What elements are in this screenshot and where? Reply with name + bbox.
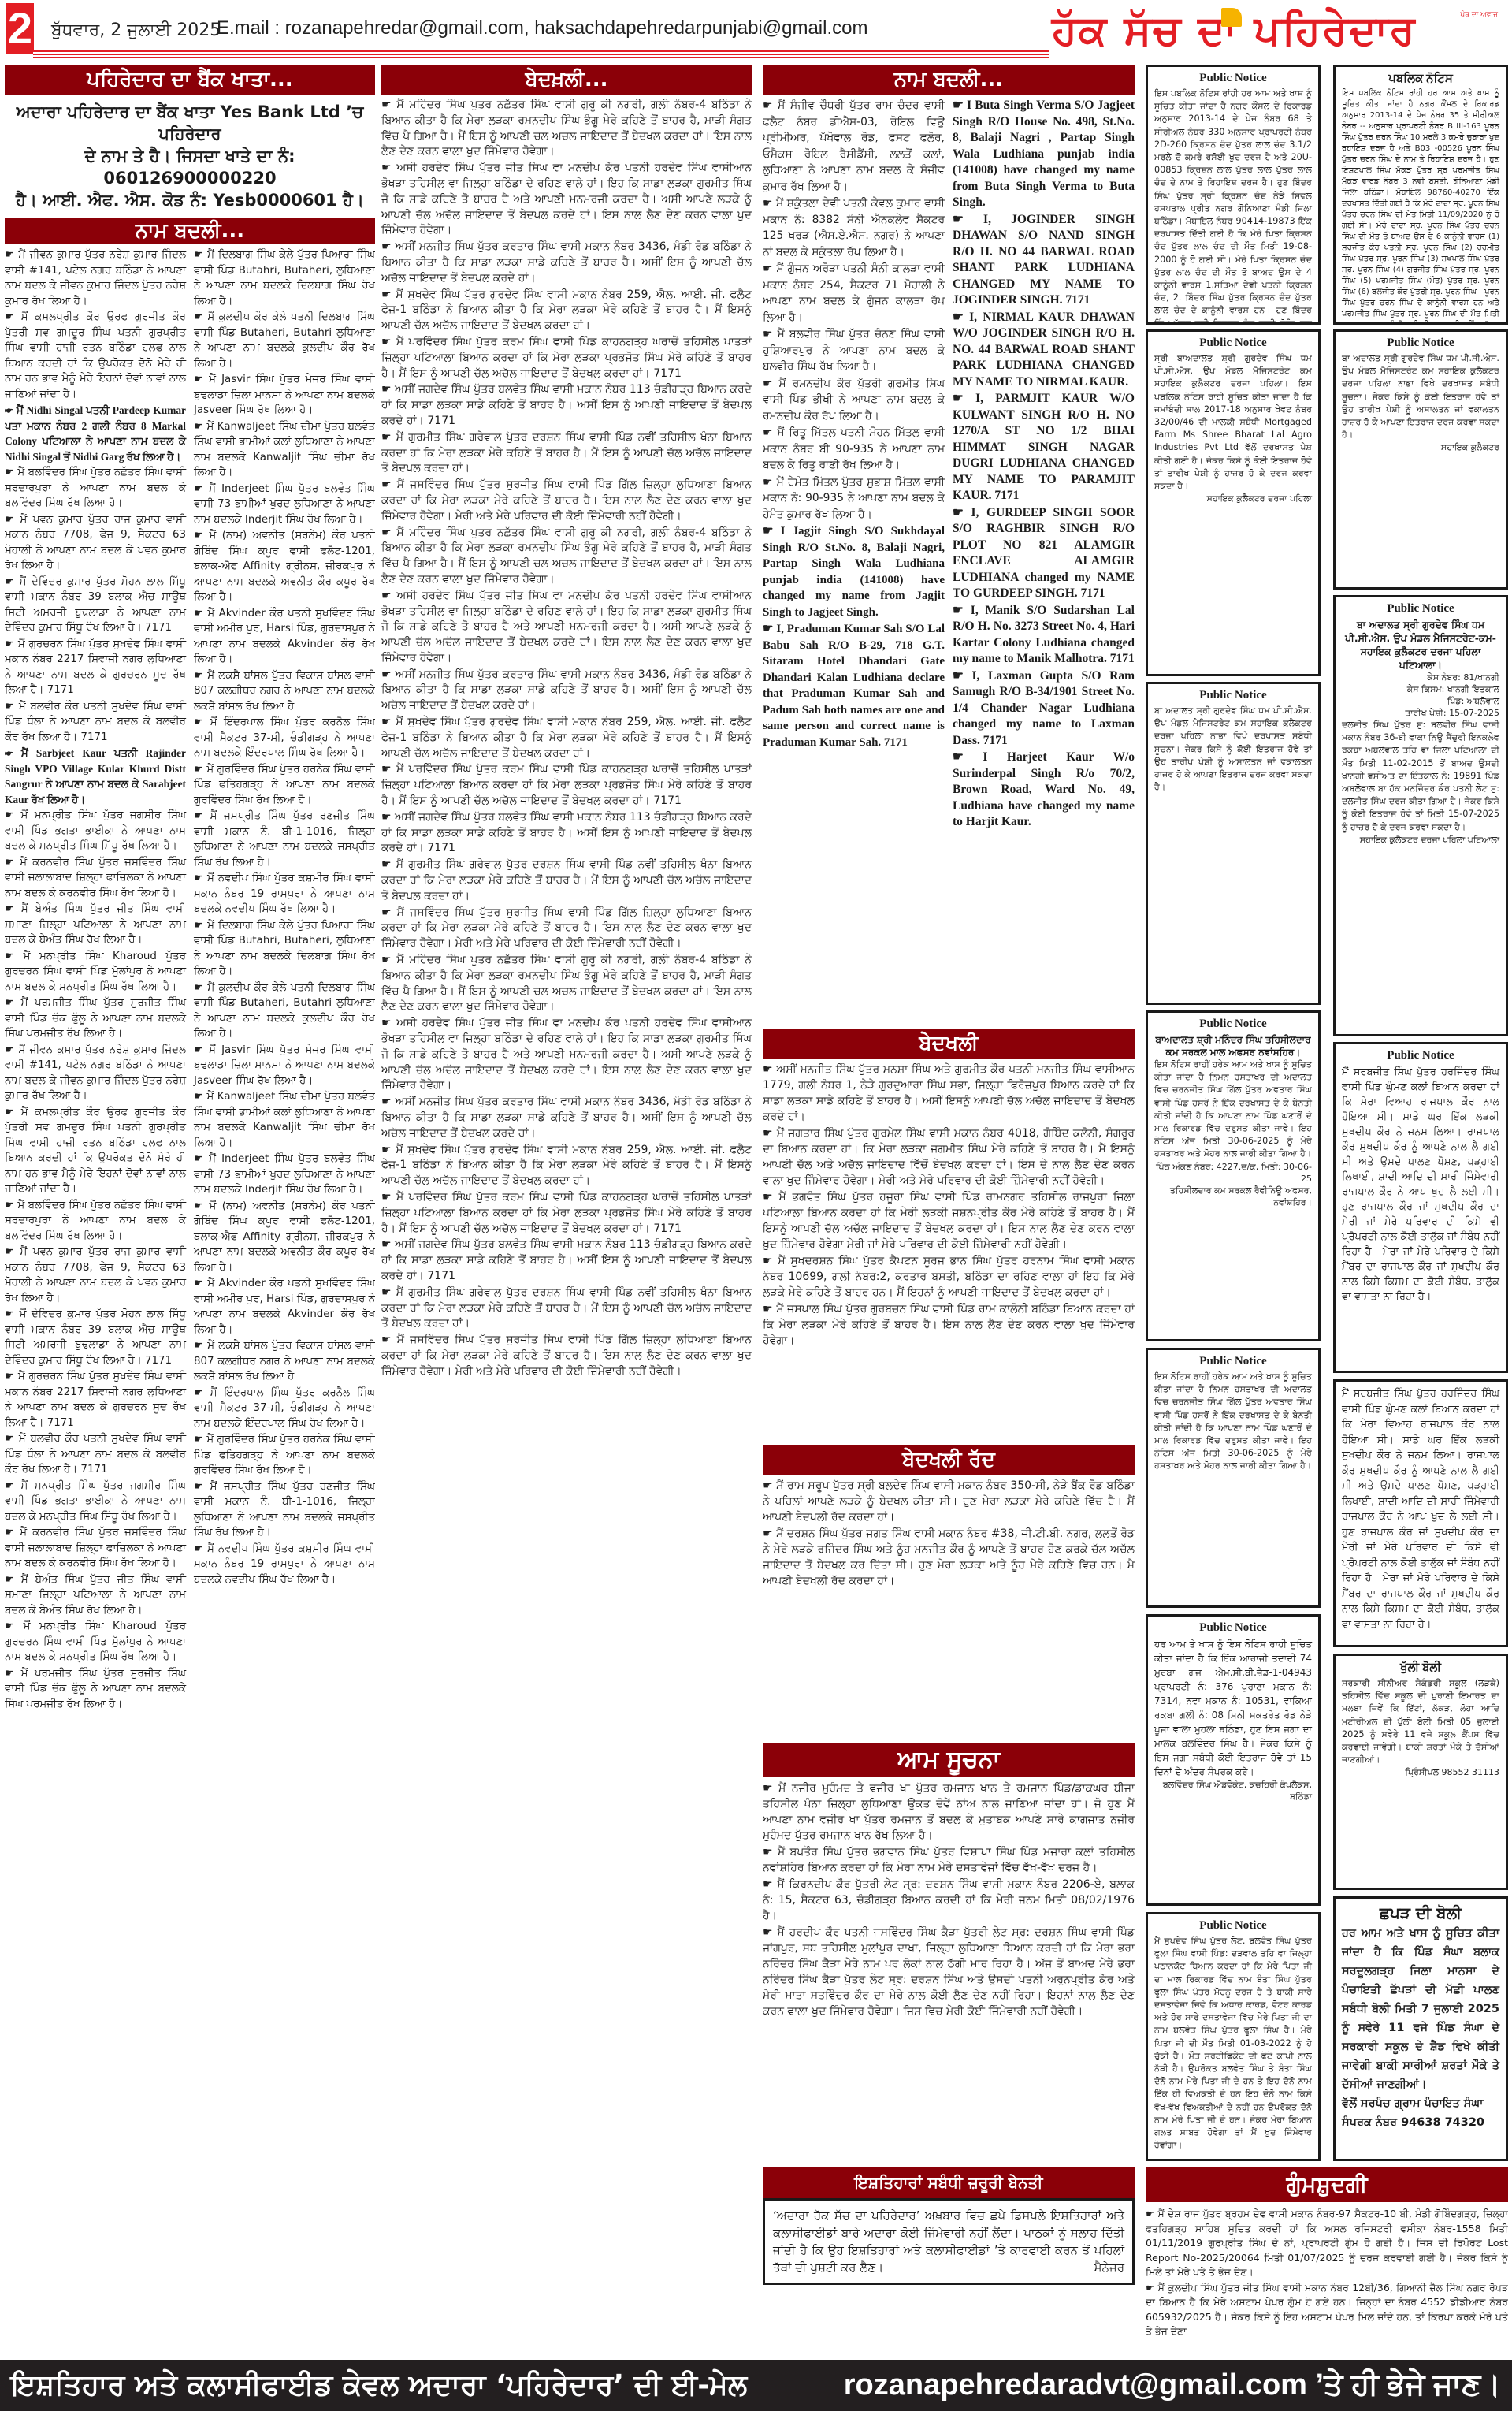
list-item: ਮੈਂ ਸ਼ਕੁੰਤਲਾ ਦੇਵੀ ਪਤਨੀ ਕੇਵਲ ਕੁਮਾਰ ਵਾਸੀ ਮ… bbox=[763, 195, 945, 260]
list-item: I, PARMJIT KAUR W/O KULWANT SINGH R/O H.… bbox=[953, 391, 1135, 504]
list-item: ਮੈਂ ਪਰਮਜੀਤ ਸਿੰਘ ਪੁੱਤਰ ਸੁਰਜੀਤ ਸਿੰਘ ਵਾਸੀ ਪ… bbox=[5, 995, 186, 1042]
list-item: ਮੈਂ ਜੀਵਨ ਕੁਮਾਰ ਪੁੱਤਰ ਨਰੇਸ਼ ਕੁਮਾਰ ਜਿੰਦਲ ਵ… bbox=[5, 247, 186, 309]
list-item: ਮੈਂ ਲਕਸ਼ੈ ਬਾਂਸਲ ਪੁੱਤਰ ਵਿਕਾਸ ਬਾਂਸਲ ਵਾਸੀ 8… bbox=[194, 668, 375, 715]
masthead: 2 ਬੁੱਧਵਾਰ, 2 ਜੁਲਾਈ 2025 E.mail : rozanap… bbox=[0, 0, 1512, 63]
list-item: ਮੈਂ ਰਿਤੂ ਮਿੱਤਲ ਪਤਨੀ ਮੋਹਨ ਮਿੱਤਲ ਵਾਸੀ ਮਕਾਨ… bbox=[763, 425, 945, 474]
list-item: ਮੈਂ ਪਰਮਜੀਤ ਸਿੰਘ ਪੁੱਤਰ ਸੁਰਜੀਤ ਸਿੰਘ ਵਾਸੀ ਪ… bbox=[5, 1666, 186, 1713]
list-item: ਮੈਂ ਪਰਵਿੰਦਰ ਸਿੰਘ ਪੁੱਤਰ ਕਰਮ ਸਿੰਘ ਵਾਸੀ ਪਿੰ… bbox=[381, 762, 752, 809]
list-item: ਮੈਂ ਬਲਵੀਰ ਸਿੰਘ ਪੁੱਤਰ ਚੰਨਣ ਸਿੰਘ ਵਾਸੀ ਹੁਸ਼… bbox=[763, 326, 945, 375]
notice-title: Public Notice bbox=[1154, 689, 1312, 702]
list-item: ਅਸੀ ਹਰਦੇਵ ਸਿੰਘ ਪੁੱਤਰ ਜੀਤ ਸਿੰਘ ਵਾ ਮਨਦੀਪ ਕ… bbox=[381, 589, 752, 667]
hearing-date: ਤਾਰੀਖ ਪੇਸ਼ੀ: 15-07-2025 bbox=[1342, 707, 1499, 719]
ad-request-body: ‘ਅਦਾਰਾ ਹੱਕ ਸੱਚ ਦਾ ਪਹਿਰੇਦਾਰ’ ਅਖ਼ਬਾਰ ਵਿਚ ਛ… bbox=[773, 2208, 1124, 2275]
section-title-name-change-2: ਨਾਮ ਬਦਲੀ... bbox=[763, 65, 1135, 95]
list-item: I, NIRMAL KAUR DHAWAN W/O JOGINDER SINGH… bbox=[953, 310, 1135, 391]
eviction-list: ਮੈਂ ਮਹਿੰਦਰ ਸਿੰਘ ਪੁਤਰ ਨਛੱਤਰ ਸਿੰਘ ਵਾਸੀ ਗੁਰ… bbox=[381, 98, 752, 2352]
list-item: ਮੈਂ ਬੇਅੰਤ ਸਿੰਘ ਪੁੱਤਰ ਜੀਤ ਸਿੰਘ ਵਾਸੀ ਸਮਾਣਾ… bbox=[5, 1572, 186, 1619]
case-type: ਕੇਸ ਕਿਸਮ: ਖਾਨਗੀ ਇਤਕਾਲ bbox=[1342, 683, 1499, 695]
name-change-2-col-2: I Buta Singh Verma S/O Jagjeet Singh R/O… bbox=[953, 98, 1135, 1024]
list-item: ਮੈਂ ਪਰਵਿੰਦਰ ਸਿੰਘ ਪੁੱਤਰ ਕਰਮ ਸਿੰਘ ਵਾਸੀ ਪਿੰ… bbox=[381, 335, 752, 381]
notice-title: ਖੁੱਲੀ ਬੋਲੀ bbox=[1342, 1661, 1499, 1675]
list-item: ਮੈਂ ਮਨਪ੍ਰੀਤ ਸਿੰਘ ਪੁੱਤਰ ਜਗਸੀਰ ਸਿੰਘ ਵਾਸੀ ਪ… bbox=[5, 808, 186, 854]
list-item: ਅਸੀਂ ਜਗਦੇਵ ਸਿੰਘ ਪੁੱਤਰ ਬਲਵੰਤ ਸਿੰਘ ਵਾਸੀ ਮਕ… bbox=[381, 382, 752, 429]
notice-title: Public Notice bbox=[1154, 337, 1312, 350]
section-title-name-change: ਨਾਮ ਬਦਲੀ... bbox=[5, 218, 375, 244]
list-item: ਮੈਂ ਬੇਅੰਤ ਸਿੰਘ ਪੁੱਤਰ ਜੀਤ ਸਿੰਘ ਵਾਸੀ ਸਮਾਣਾ… bbox=[5, 902, 186, 948]
list-item: ਮੈਂ ਨਵਦੀਪ ਸਿੰਘ ਪੁੱਤਰ ਕਸ਼ਮੀਰ ਸਿੰਘ ਵਾਸੀ ਮਕ… bbox=[194, 1542, 375, 1588]
list-item: ਮੈਂ Jasvir ਸਿੰਘ ਪੁੱਤਰ ਮੇਜਰ ਸਿੰਘ ਵਾਸੀ ਬੁਢ… bbox=[194, 372, 375, 419]
list-item: ਮੈਂ ਬਲਵਿੰਦਰ ਸਿੰਘ ਪੁੱਤਰ ਨਛੱਤਰ ਸਿੰਘ ਵਾਸੀ ਸ… bbox=[5, 1198, 186, 1245]
notice-body: ਇਸ ਨੋਟਿਸ ਰਾਹੀਂ ਹਰੇਕ ਆਮ ਅਤੇ ਖਾਸ ਨੂੰ ਸੂਚਿਤ… bbox=[1154, 1059, 1312, 1161]
list-item: ਮੈਂ ਪਰਵਿੰਦਰ ਸਿੰਘ ਪੁੱਤਰ ਕਰਮ ਸਿੰਘ ਵਾਸੀ ਪਿੰ… bbox=[381, 1190, 752, 1237]
name-change-col-1: ਮੈਂ ਜੀਵਨ ਕੁਮਾਰ ਪੁੱਤਰ ਨਰੇਸ਼ ਕੁਮਾਰ ਜਿੰਦਲ ਵ… bbox=[5, 247, 186, 2328]
public-notice-6: Public Notice ਬਾ ਅਦਾਲਤ ਸ੍ਰੀ ਗੁਰਦੇਵ ਸਿੰਘ … bbox=[1333, 595, 1508, 1036]
list-item: I Buta Singh Verma S/O Jagjeet Singh R/O… bbox=[953, 98, 1135, 211]
list-item: ਮੈਂ ਕੁਲਦੀਪ ਕੌਰ ਕੇਲੇ ਪਤਨੀ ਦਿਲਬਾਗ ਸਿੰਘ ਵਾਸ… bbox=[194, 310, 375, 371]
eviction-cancel-list: ਮੈਂ ਰਾਮ ਸਰੂਪ ਪੁੱਤਰ ਸ੍ਰੀ ਬਲਦੇਵ ਸਿੰਘ ਵਾਸੀ … bbox=[763, 1478, 1135, 1738]
list-item: ਮੈਂ (ਨਾਮ) ਅਵਨੀਤ (ਸਰਨੇਮ) ਕੌਰ ਪਤਨੀ ਗੋਬਿੰਦ … bbox=[194, 1199, 375, 1276]
list-item: ਮੈਂ ਭਗਵੰਤ ਸਿੰਘ ਪੁੱਤਰ ਹਜੂਰਾ ਸਿੰਘ ਵਾਸੀ ਪਿੰ… bbox=[763, 1189, 1135, 1252]
list-item: ਮੈਂ ਲਕਸ਼ੈ ਬਾਂਸਲ ਪੁੱਤਰ ਵਿਕਾਸ ਬਾਂਸਲ ਵਾਸੀ 8… bbox=[194, 1338, 375, 1385]
list-item: ਮੈਂ ਗੁਰਮੀਤ ਸਿੰਘ ਗਰੇਵਾਲ ਪੁੱਤਰ ਦਰਸ਼ਨ ਸਿੰਘ … bbox=[381, 430, 752, 477]
public-notice-7: Public Notice ਮੈਂ ਸਰਬਜੀਤ ਸਿੰਘ ਪੁੱਤਰ ਹਰਜਿ… bbox=[1333, 1042, 1508, 1373]
list-item: ਮੈਂ ਰਮਨਦੀਪ ਕੌਰ ਪੁੱਤਰੀ ਗੁਰਮੀਤ ਸਿੰਘ ਵਾਸੀ ਪ… bbox=[763, 376, 945, 425]
column-name-change-right: ਨਾਮ ਬਦਲੀ... ਮੈਂ ਸੰਜੀਵ ਚੌਧਰੀ ਪੁੱਤਰ ਰਾਮ ਚੰ… bbox=[763, 65, 1135, 2285]
notice-signature: ਤਹਿਸੀਲਦਾਰ ਕਮ ਸਰਕਲ ਰੈਵੀਨਿਊ ਅਫਸਰ, ਨਵਾਂਸ਼ਹਿ… bbox=[1154, 1185, 1312, 1208]
notice-title: Public Notice bbox=[1154, 1919, 1312, 1933]
public-notice-3: Public Notice ਸ਼੍ਰੀ ਬਾਅਦਾਲਤ ਸ਼੍ਰੀ ਗੁਰਦੇਵ… bbox=[1146, 329, 1321, 676]
notice-body: ਹਰ ਆਮ ਤੇ ਖਾਸ ਨੂੰ ਇਸ ਨੋਟਿਸ ਰਾਹੀ ਸੂਚਿਤ ਕੀਤ… bbox=[1154, 1637, 1312, 1779]
bank-line-3: ਹੈ। ਆਈ. ਐਫ. ਐਸ. ਕੋਡ ਨੰ: Yesb0000601 ਹੈ। bbox=[9, 189, 370, 211]
list-item: ਮੈਂ ਸੁਖਦੇਵ ਸਿੰਘ ਪੁੱਤਰ ਗੁਰਦੇਵ ਸਿੰਘ ਵਾਸੀ ਮ… bbox=[381, 1143, 752, 1189]
list-item: ਅਸੀਂ ਜਗਦੇਵ ਸਿੰਘ ਪੁੱਤਰ ਬਲਵੰਤ ਸਿੰਘ ਵਾਸੀ ਮਕ… bbox=[381, 810, 752, 857]
list-item: ਅਸੀਂ ਮਨਜੀਤ ਸਿੰਘ ਪੁੱਤਰ ਕਰਤਾਰ ਸਿੰਘ ਵਾਸੀ ਮਕ… bbox=[381, 240, 752, 286]
list-item: ਮੈਂ ਮਨਪ੍ਰੀਤ ਸਿੰਘ ਪੁੱਤਰ ਜਗਸੀਰ ਸਿੰਘ ਵਾਸੀ ਪ… bbox=[5, 1479, 186, 1525]
newspaper-logo: ਹੱਕ ਸੱਚ ਦਾ ਪਹਿਰੇਦਾਰ ਪੰਥ ਦਾ ਅਵਾਜ਼ bbox=[1052, 3, 1509, 58]
notice-title: Public Notice bbox=[1342, 1049, 1499, 1062]
name-change-columns: ਮੈਂ ਜੀਵਨ ਕੁਮਾਰ ਪੁੱਤਰ ਨਰੇਸ਼ ਕੁਮਾਰ ਜਿੰਦਲ ਵ… bbox=[5, 247, 375, 2328]
ad-request-box: ‘ਅਦਾਰਾ ਹੱਕ ਸੱਚ ਦਾ ਪਹਿਰੇਦਾਰ’ ਅਖ਼ਬਾਰ ਵਿਚ ਛ… bbox=[763, 2198, 1135, 2285]
list-item: ਮੈਂ ਸੁਖਦੇਵ ਸਿੰਘ ਪੁੱਤਰ ਗੁਰਦੇਵ ਸਿੰਘ ਵਾਸੀ ਮ… bbox=[381, 715, 752, 761]
general-notice-list: ਮੈਂ ਨਜੀਰ ਮੁਹੰਮਦ ਤੇ ਵਜੀਰ ਖਾ ਪੁੱਤਰ ਰਮਜਾਨ ਖ… bbox=[763, 1780, 1135, 2162]
notice-signature: ਸਹਾਇਕ ਕੁਲੈਕਟਰ ਦਰਜਾ ਪਹਿਲਾ bbox=[1154, 493, 1312, 504]
list-item: ਮੈਂ ਗੁਰਮੀਤ ਸਿੰਘ ਗਰੇਵਾਲ ਪੁੱਤਰ ਦਰਸ਼ਨ ਸਿੰਘ … bbox=[381, 858, 752, 904]
notice-body: ਇਸ ਪਬਲਿਕ ਨੋਟਿਸ ਰਾਂਹੀ ਹਰ ਆਮ ਅਤੇ ਖਾਸ ਨੂੰ ਸ… bbox=[1342, 88, 1499, 325]
list-item: ਮੈਂ ਜਸਪ੍ਰੀਤ ਸਿੰਘ ਪੁੱਤਰ ਰਣਜੀਤ ਸਿੰਘ ਵਾਸੀ ਮ… bbox=[194, 809, 375, 870]
list-item: ਮੈਂ Kanwaljeet ਸਿੰਘ ਚੀਮਾ ਪੁੱਤਰ ਬਲਵੰਤ ਸਿੰ… bbox=[194, 1089, 375, 1151]
section-title-missing: ਗੁੰਮਸ਼ੁਦਗੀ bbox=[1146, 2167, 1508, 2202]
ad-request-signature: ਮੈਨੇਜਰ bbox=[1094, 2259, 1124, 2276]
notice-title: Public Notice bbox=[1342, 602, 1499, 616]
list-item: I Jagjit Singh S/O Sukhdayal Singh R/O S… bbox=[763, 523, 945, 620]
notice-contact: ਸੰਪਰਕ ਨੰਬਰ 94638 74320 bbox=[1342, 2113, 1499, 2132]
bank-account-info: ਅਦਾਰਾ ਪਹਿਰੇਦਾਰ ਦਾ ਬੈਂਕ ਖਾਤਾ Yes Bank Ltd… bbox=[5, 95, 375, 218]
list-item: ਮੈਂ ਜਸਵਿੰਦਰ ਸਿੰਘ ਪੁੱਤਰ ਸੁਰਜੀਤ ਸਿੰਘ ਵਾਸੀ … bbox=[381, 1333, 752, 1379]
list-item: I, GURDEEP SINGH SOOR S/O RAGHBIR SINGH … bbox=[953, 505, 1135, 602]
list-item: ਮੈਂ ਸੁਖਦੇਵ ਸਿੰਘ ਪੁੱਤਰ ਗੁਰਦੇਵ ਸਿੰਘ ਵਾਸੀ ਮ… bbox=[381, 288, 752, 334]
bank-line-2: ਦੇ ਨਾਮ ਤੇ ਹੈ। ਜਿਸਦਾ ਖਾਤੇ ਦਾ ਨੰ: 06012690… bbox=[9, 145, 370, 189]
notice-body: ਮੈਂ ਸਰਬਜੀਤ ਸਿੰਘ ਪੁੱਤਰ ਹਰਜਿੰਦਰ ਸਿੰਘ ਵਾਸੀ … bbox=[1342, 1065, 1499, 1304]
notice-reference: ਪਿੰਠ ਅੰਕਣ ਨੰਬਰ: 4227.ਦ/ਕ, ਮਿਤੀ: 30-06-25 bbox=[1154, 1161, 1312, 1185]
notice-title: Public Notice bbox=[1154, 1018, 1312, 1031]
header-rule bbox=[33, 50, 1049, 60]
section-title-eviction-2: ਬੇਦਖਲੀ bbox=[763, 1029, 1135, 1059]
list-item: ਮੈਂ ਰਾਮ ਸਰੂਪ ਪੁੱਤਰ ਸ੍ਰੀ ਬਲਦੇਵ ਸਿੰਘ ਵਾਸੀ … bbox=[763, 1478, 1135, 1525]
name-change-2-col-1: ਮੈਂ ਸੰਜੀਵ ਚੌਧਰੀ ਪੁੱਤਰ ਰਾਮ ਚੰਦਰ ਵਾਸੀ ਫਲੈਟ… bbox=[763, 98, 945, 1024]
list-item: ਮੈਂ Kanwaljeet ਸਿੰਘ ਚੀਮਾ ਪੁੱਤਰ ਬਲਵੰਤ ਸਿੰ… bbox=[194, 419, 375, 481]
logo-tagline: ਪੰਥ ਦਾ ਅਵਾਜ਼ bbox=[1460, 11, 1498, 19]
issue-date: ਬੁੱਧਵਾਰ, 2 ਜੁਲਾਈ 2025 bbox=[51, 20, 221, 40]
public-notice-5: Public Notice ਬਾਅਦਾਲਤ ਸ਼੍ਰੀ ਮਨਿੰਦਰ ਸਿੰਘ … bbox=[1146, 1010, 1321, 1341]
eviction-2-list: ਅਸੀਂ ਮਨਜੀਤ ਸਿੰਘ ਪੁੱਤਰ ਮਨਸ਼ਾ ਸਿੰਘ ਅਤੇ ਗੁਰ… bbox=[763, 1062, 1135, 1440]
list-item: ਅਸੀਂ ਮਨਜੀਤ ਸਿੰਘ ਪੁੱਤਰ ਮਨਸ਼ਾ ਸਿੰਘ ਅਤੇ ਗੁਰ… bbox=[763, 1062, 1135, 1125]
list-item: ਅਸੀਂ ਮਨਜੀਤ ਸਿੰਘ ਪੁੱਤਰ ਕਰਤਾਰ ਸਿੰਘ ਵਾਸੀ ਮਕ… bbox=[381, 668, 752, 714]
list-item: ਮੈਂ ਕਮਲਪ੍ਰੀਤ ਕੌਰ ਉਰਫ ਗੁਰਜੀਤ ਕੌਰ ਪੁੱਤਰੀ ਸ… bbox=[5, 310, 186, 402]
list-item: ਮੈਂ ਜਸਪਾਲ ਸਿੰਘ ਪੁੱਤਰ ਗੁਰਬਚਨ ਸਿੰਘ ਵਾਸੀ ਪਿ… bbox=[763, 1301, 1135, 1349]
column-evictions: ਬੇਦਖ਼ਲੀ... ਮੈਂ ਮਹਿੰਦਰ ਸਿੰਘ ਪੁਤਰ ਨਛੱਤਰ ਸਿ… bbox=[381, 65, 752, 2352]
list-item: ਮੈਂ ਕੁਲਦੀਪ ਸਿੰਘ ਪੁੱਤਰ ਜੀਤ ਸਿੰਘ ਵਾਸੀ ਮਕਾਨ… bbox=[1146, 2281, 1508, 2339]
list-item: I, Manik S/O Sudarshan Lal R/O H. No. 32… bbox=[953, 603, 1135, 668]
notice-body: ਬਾ ਅਦਾਲਤ ਸ੍ਰੀ ਗੁਰਦੇਵ ਸਿੰਘ ਧਮ ਪੀ.ਸੀ.ਐਸ. ਉ… bbox=[1154, 705, 1312, 794]
list-item: ਮੈਂ Inderjeet ਸਿੰਘ ਪੁੱਤਰ ਬਲਵੰਤ ਸਿੰਘ ਵਾਸੀ… bbox=[194, 1152, 375, 1198]
list-item: ਅਸੀ ਹਰਦੇਵ ਸਿੰਘ ਪੁੱਤਰ ਜੀਤ ਸਿੰਘ ਵਾ ਮਨਦੀਪ ਕ… bbox=[381, 161, 752, 239]
list-item: ਮੈਂ ਬਲਵੀਰ ਕੌਰ ਪਤਨੀ ਸੁਖਦੇਵ ਸਿੰਘ ਵਾਸੀ ਪਿੰਡ… bbox=[5, 699, 186, 746]
list-item: ਮੈਂ ਗੁਰਚਰਨ ਸਿੰਘ ਪੁੱਤਰ ਸੁਖਦੇਵ ਸਿੰਘ ਵਾਸੀ ਮ… bbox=[5, 1369, 186, 1431]
notice-title: ਛਪੜ ਦੀ ਬੋਲੀ bbox=[1342, 1902, 1499, 1924]
notice-subtitle: ਬਾ ਅਦਾਲਤ ਸ੍ਰੀ ਗੁਰਦੇਵ ਸਿੰਘ ਧਮ ਪੀ.ਸੀ.ਐਸ. ਉ… bbox=[1342, 618, 1499, 672]
list-item: ਮੈਂ ਗੁਰਮੀਤ ਸਿੰਘ ਗਰੇਵਾਲ ਪੁੱਤਰ ਦਰਸ਼ਨ ਸਿੰਘ … bbox=[381, 1285, 752, 1332]
list-item: I, JOGINDER SINGH DHAWAN S/O NAND SINGH … bbox=[953, 212, 1135, 309]
list-item: ਮੈਂ ਕਰਨਵੀਰ ਸਿੰਘ ਪੁੱਤਰ ਜਸਵਿੰਦਰ ਸਿੰਘ ਵਾਸੀ … bbox=[5, 1525, 186, 1572]
list-item: ਮੈਂ ਪਵਨ ਕੁਮਾਰ ਪੁੱਤਰ ਰਾਜ ਕੁਮਾਰ ਵਾਸੀ ਮਕਾਨ … bbox=[5, 1245, 186, 1306]
notice-body: ਮੈਂ ਸਰਬਜੀਤ ਸਿੰਘ ਪੁੱਤਰ ਹਰਜਿੰਦਰ ਸਿੰਘ ਵਾਸੀ … bbox=[1342, 1386, 1499, 1632]
list-item: ਮੈਂ ਜਸਪ੍ਰੀਤ ਸਿੰਘ ਪੁੱਤਰ ਰਣਜੀਤ ਸਿੰਘ ਵਾਸੀ ਮ… bbox=[194, 1479, 375, 1541]
public-notice-2: ਪਬਲਿਕ ਨੋਟਿਸ ਇਸ ਪਬਲਿਕ ਨੋਟਿਸ ਰਾਂਹੀ ਹਰ ਆਮ ਅ… bbox=[1333, 65, 1508, 325]
public-notice-7b: ਮੈਂ ਸਰਬਜੀਤ ਸਿੰਘ ਪੁੱਤਰ ਹਰਜਿੰਦਰ ਸਿੰਘ ਵਾਸੀ … bbox=[1333, 1379, 1508, 1647]
list-item: ਮੈਂ ਦੇਸ਼ ਰਾਜ ਪੁੱਤਰ ਬ੍ਰਹਮ ਦੇਵ ਵਾਸੀ ਮਕਾਨ ਨ… bbox=[1146, 2207, 1508, 2280]
section-title-general-notice: ਆਮ ਸੂਚਨਾ bbox=[763, 1743, 1135, 1777]
missing-list: ਮੈਂ ਦੇਸ਼ ਰਾਜ ਪੁੱਤਰ ਬ੍ਰਹਮ ਦੇਵ ਵਾਸੀ ਮਕਾਨ ਨ… bbox=[1146, 2207, 1508, 2357]
pond-auction-notice: ਛਪੜ ਦੀ ਬੋਲੀ ਹਰ ਆਮ ਅਤੇ ਖਾਸ ਨੂੰ ਸੂਚਿਤ ਕੀਤਾ… bbox=[1333, 1896, 1508, 2161]
list-item: ਮੈਂ ਬਲਵੀਰ ਕੌਰ ਪਤਨੀ ਸੁਖਦੇਵ ਸਿੰਘ ਵਾਸੀ ਪਿੰਡ… bbox=[5, 1431, 186, 1478]
notice-body: ਹਰ ਆਮ ਅਤੇ ਖਾਸ ਨੂੰ ਸੂਚਿਤ ਕੀਤਾ ਜਾਂਦਾ ਹੈ ਕਿ… bbox=[1342, 1924, 1499, 2094]
list-item: ਮੈਂ ਹੇਮੰਤ ਮਿੱਤਲ ਪੁੱਤਰ ਸੁਭਾਸ਼ ਮਿੱਤਲ ਵਾਸੀ … bbox=[763, 474, 945, 523]
list-item: ਮੈਂ ਨਜੀਰ ਮੁਹੰਮਦ ਤੇ ਵਜੀਰ ਖਾ ਪੁੱਤਰ ਰਮਜਾਨ ਖ… bbox=[763, 1780, 1135, 1844]
notice-signature: ਸਹਾਇਕ ਕੁਲੈਕਟਰ ਦਰਜਾ ਪਹਿਲਾ ਪਟਿਆਲਾ bbox=[1342, 834, 1499, 846]
page-number: 2 bbox=[6, 3, 34, 54]
list-item: ਮੈਂ ਨਵਦੀਪ ਸਿੰਘ ਪੁੱਤਰ ਕਸ਼ਮੀਰ ਸਿੰਘ ਵਾਸੀ ਮਕ… bbox=[194, 871, 375, 917]
list-item: ਮੈਂ ਮਹਿੰਦਰ ਸਿੰਘ ਪੁਤਰ ਨਛੱਤਰ ਸਿੰਘ ਵਾਸੀ ਗੁਰ… bbox=[381, 526, 752, 588]
list-item: ਮੈਂ Inderjeet ਸਿੰਘ ਪੁੱਤਰ ਬਲਵੰਤ ਸਿੰਘ ਵਾਸੀ… bbox=[194, 482, 375, 528]
notice-date: ਮਿਤੀ: 30-06-25 bbox=[1261, 1162, 1312, 1184]
notice-body: ਇਸ ਪਬਲਿਕ ਨੋਟਿਸ ਰਾਂਹੀ ਹਰ ਆਮ ਅਤੇ ਖਾਸ ਨੂੰ ਸ… bbox=[1154, 87, 1312, 325]
list-item: ਅਸੀਂ ਜਗਦੇਵ ਸਿੰਘ ਪੁੱਤਰ ਬਲਵੰਤ ਸਿੰਘ ਵਾਸੀ ਮਕ… bbox=[381, 1237, 752, 1284]
section-title-bank: ਪਹਿਰੇਦਾਰ ਦਾ ਬੈਂਕ ਖਾਤਾ... bbox=[5, 65, 375, 95]
list-item: I Harjeet Kaur W/o Surinderpal Singh R/o… bbox=[953, 750, 1135, 831]
list-item: ਮੈਂ Akvinder ਕੌਰ ਪਤਨੀ ਸੁਖਵਿੰਦਰ ਸਿੰਘ ਵਾਸੀ… bbox=[194, 606, 375, 668]
notice-title: Public Notice bbox=[1342, 337, 1499, 350]
public-notice-1: Public Notice ਇਸ ਪਬਲਿਕ ਨੋਟਿਸ ਰਾਂਹੀ ਹਰ ਆਮ… bbox=[1146, 65, 1321, 325]
list-item: ਮੈਂ ਗੁਰਵਿੰਦਰ ਸਿੰਘ ਪੁੱਤਰ ਹਰਨੇਕ ਸਿੰਘ ਵਾਸੀ … bbox=[194, 762, 375, 809]
notice-body: ਮੈਂ ਸੁਖਦੇਵ ਸਿੰਘ ਪੁੱਤਰ ਲੇਟ. ਬਲਵੰਤ ਸਿੰਘ ਪੁ… bbox=[1154, 1935, 1312, 2152]
reference-number: ਪਿੰਠ ਅੰਕਣ ਨੰਬਰ: 4227.ਦ/ਕ, bbox=[1156, 1162, 1258, 1172]
list-item: ਮੈਂ Akvinder ਕੌਰ ਪਤਨੀ ਸੁਖਵਿੰਦਰ ਸਿੰਘ ਵਾਸੀ… bbox=[194, 1276, 375, 1338]
list-item: ਮੈਂ ਹਰਦੀਪ ਕੌਰ ਪਤਨੀ ਜਸਵਿੰਦਰ ਸਿੰਘ ਕੈੜਾ ਪੁੱ… bbox=[763, 1925, 1135, 2019]
contact-emails: E.mail : rozanapehredar@gmail.com, haksa… bbox=[217, 17, 867, 39]
public-notice-8: Public Notice ਹਰ ਆਮ ਤੇ ਖਾਸ ਨੂੰ ਇਸ ਨੋਟਿਸ … bbox=[1146, 1614, 1321, 1906]
footer-email[interactable]: rozanapehredaradvt@gmail.com ’ਤੇ ਹੀ ਭੇਜੇ… bbox=[844, 2368, 1501, 2402]
open-auction-notice: ਖੁੱਲੀ ਬੋਲੀ ਸਰਕਾਰੀ ਸੀਨੀਅਰ ਸੈਕੰਡਰੀ ਸਕੂਲ (ਲ… bbox=[1333, 1654, 1508, 1890]
bank-line-1: ਅਦਾਰਾ ਪਹਿਰੇਦਾਰ ਦਾ ਬੈਂਕ ਖਾਤਾ Yes Bank Ltd… bbox=[9, 101, 370, 145]
list-item: ਮੈਂ ਮਨਪ੍ਰੀਤ ਸਿੰਘ Kharoud ਪੁੱਤਰ ਗੁਰਚਰਨ ਸਿ… bbox=[5, 949, 186, 995]
list-item: ਮੈਂ ਜਸਵਿੰਦਰ ਸਿੰਘ ਪੁੱਤਰ ਸੁਰਜੀਤ ਸਿੰਘ ਵਾਸੀ … bbox=[381, 478, 752, 524]
name-change-2-columns: ਮੈਂ ਸੰਜੀਵ ਚੌਧਰੀ ਪੁੱਤਰ ਰਾਮ ਚੰਦਰ ਵਾਸੀ ਫਲੈਟ… bbox=[763, 98, 1135, 1024]
section-title-ad-request: ਇਸ਼ਤਿਹਾਰਾਂ ਸਬੰਧੀ ਜ਼ਰੂਰੀ ਬੇਨਤੀ bbox=[763, 2167, 1135, 2198]
list-item: ਮੈਂ ਪਵਨ ਕੁਮਾਰ ਪੁੱਤਰ ਰਾਜ ਕੁਮਾਰ ਵਾਸੀ ਮਕਾਨ … bbox=[5, 512, 186, 574]
list-item: ਮੈਂ Jasvir ਸਿੰਘ ਪੁੱਤਰ ਮੇਜਰ ਸਿੰਘ ਵਾਸੀ ਬੁਢ… bbox=[194, 1043, 375, 1089]
list-item: ਮੈਂ ਜਗਤਾਰ ਸਿੰਘ ਪੁੱਤਰ ਗੁਰਮੇਲ ਸਿੰਘ ਵਾਸੀ ਮਕ… bbox=[763, 1126, 1135, 1189]
list-item: ਮੈਂ ਬਲਵਿੰਦਰ ਸਿੰਘ ਪੁੱਤਰ ਨਛੱਤਰ ਸਿੰਘ ਵਾਸੀ ਸ… bbox=[5, 465, 186, 512]
village: ਪਿੰਡ: ਅਬਲੋਵਾਲ bbox=[1342, 695, 1499, 707]
list-item: ਮੈਂ ਦੇਵਿੰਦਰ ਕੁਮਾਰ ਪੁੱਤਰ ਮੋਹਨ ਲਾਲ ਸਿੱਧੂ ਵ… bbox=[5, 575, 186, 636]
column-bank-name-change: ਪਹਿਰੇਦਾਰ ਦਾ ਬੈਂਕ ਖਾਤਾ... ਅਦਾਰਾ ਪਹਿਰੇਦਾਰ … bbox=[5, 65, 375, 2328]
notice-signature: ਪ੍ਰਿੰਸੀਪਲ 98552 31113 bbox=[1342, 1766, 1499, 1778]
list-item: I, Laxman Gupta S/O Ram Samugh R/O B-34/… bbox=[953, 668, 1135, 750]
notice-title: Public Notice bbox=[1154, 72, 1312, 85]
case-number: ਕੇਸ ਨੰਬਰ: 81/ਖਾਨਗੀ bbox=[1342, 672, 1499, 683]
list-item: ਅਸੀ ਹਰਦੇਵ ਸਿੰਘ ਪੁੱਤਰ ਜੀਤ ਸਿੰਘ ਵਾ ਮਨਦੀਪ ਕ… bbox=[381, 1016, 752, 1094]
notice-body: ਦਲਜੀਤ ਸਿੰਘ ਪੁੱਤਰ ਸੁ: ਬਲਵੀਰ ਸਿੰਘ ਵਾਸੀ ਮਕਾ… bbox=[1342, 719, 1499, 834]
list-item: ਮੈਂ Sarbjeet Kaur ਪਤਨੀ Rajinder Singh VP… bbox=[5, 746, 186, 807]
notice-body: ਇਸ ਨੋਟਿਸ ਰਾਹੀਂ ਹਰੇਕ ਆਮ ਅਤੇ ਖਾਸ ਨੂੰ ਸੂਚਿਤ… bbox=[1154, 1371, 1312, 1473]
list-item: ਮੈਂ Nidhi Singal ਪਤਨੀ Pardeep Kumar ਪਤਾ … bbox=[5, 403, 186, 464]
list-item: ਮੈਂ ਬਖਤੌਰ ਸਿੰਘ ਪੁੱਤਰ ਭਗਵਾਨ ਸਿੰਘ ਪੁੱਤਰ ਵਿ… bbox=[763, 1844, 1135, 1876]
list-item: ਮੈਂ ਦਿਲਬਾਗ ਸਿੰਘ ਕੇਲੇ ਪੁੱਤਰ ਪਿਆਰਾ ਸਿੰਘ ਵਾ… bbox=[194, 247, 375, 309]
notice-body: ਸਰਕਾਰੀ ਸੀਨੀਅਰ ਸੈਕੰਡਰੀ ਸਕੂਲ (ਲੜਕੇ) ਤਹਿਸੀਲ… bbox=[1342, 1677, 1499, 1766]
footer-banner: ਇਸ਼ਤਿਹਾਰ ਅਤੇ ਕਲਾਸੀਫਾਈਡ ਕੇਵਲ ਅਦਾਰਾ ‘ਪਹਿਰੇ… bbox=[0, 2360, 1512, 2411]
flag-icon bbox=[1221, 8, 1242, 27]
list-item: ਮੈਂ ਗੁਰਚਰਨ ਸਿੰਘ ਪੁੱਤਰ ਸੁਖਦੇਵ ਸਿੰਘ ਵਾਸੀ ਮ… bbox=[5, 637, 186, 698]
list-item: ਮੈਂ ਕੁਲਦੀਪ ਕੌਰ ਕੇਲੇ ਪਤਨੀ ਦਿਲਬਾਗ ਸਿੰਘ ਵਾਸ… bbox=[194, 980, 375, 1042]
name-change-col-2: ਮੈਂ ਦਿਲਬਾਗ ਸਿੰਘ ਕੇਲੇ ਪੁੱਤਰ ਪਿਆਰਾ ਸਿੰਘ ਵਾ… bbox=[194, 247, 375, 2328]
list-item: ਮੈਂ ਜਸਵਿੰਦਰ ਸਿੰਘ ਪੁੱਤਰ ਸੁਰਜੀਤ ਸਿੰਘ ਵਾਸੀ … bbox=[381, 906, 752, 952]
list-item: ਮੈਂ ਇੰਦਰਪਾਲ ਸਿੰਘ ਪੁੱਤਰ ਕਰਨੈਲ ਸਿੰਘ ਵਾਸੀ ਸ… bbox=[194, 715, 375, 761]
public-notice-9: Public Notice ਮੈਂ ਸੁਖਦੇਵ ਸਿੰਘ ਪੁੱਤਰ ਲੇਟ.… bbox=[1146, 1912, 1321, 2161]
list-item: ਮੈਂ ਮਹਿੰਦਰ ਸਿੰਘ ਪੁਤਰ ਨਛੱਤਰ ਸਿੰਘ ਵਾਸੀ ਗੁਰ… bbox=[381, 98, 752, 160]
notice-title: Public Notice bbox=[1154, 1621, 1312, 1635]
notice-signature: ਸਹਾਇਕ ਕੁਲੈਕਟਰ bbox=[1342, 441, 1499, 453]
list-item: I, Praduman Kumar Sah S/O Lal Babu Sah R… bbox=[763, 621, 945, 750]
list-item: ਮੈਂ ਇੰਦਰਪਾਲ ਸਿੰਘ ਪੁੱਤਰ ਕਰਨੈਲ ਸਿੰਘ ਵਾਸੀ ਸ… bbox=[194, 1386, 375, 1432]
list-item: ਮੈਂ ਗੁਰਵਿੰਦਰ ਸਿੰਘ ਪੁੱਤਰ ਹਰਨੇਕ ਸਿੰਘ ਵਾਸੀ … bbox=[194, 1432, 375, 1479]
public-notice-4: Public Notice ਬਾ ਅਦਾਲਤ ਸ੍ਰੀ ਗੁਰਦੇਵ ਸਿੰਘ … bbox=[1333, 329, 1508, 590]
list-item: ਮੈਂ ਦੇਵਿੰਦਰ ਕੁਮਾਰ ਪੁੱਤਰ ਮੋਹਨ ਲਾਲ ਸਿੱਧੂ ਵ… bbox=[5, 1307, 186, 1368]
notice-subtitle: ਬਾਅਦਾਲਤ ਸ਼੍ਰੀ ਮਨਿੰਦਰ ਸਿੰਘ ਤਹਿਸੀਲਦਾਰ ਕਮ ਸ… bbox=[1154, 1033, 1312, 1059]
list-item: ਮੈਂ ਦਰਸ਼ਨ ਸਿੰਘ ਪੁੱਤਰ ਜਗਤ ਸਿੰਘ ਵਾਸੀ ਮਕਾਨ … bbox=[763, 1526, 1135, 1589]
list-item: ਮੈਂ ਸੁਖਦਰਸ਼ਨ ਸਿੰਘ ਪੁੱਤਰ ਕੈਪਟਨ ਸੂਰਜ ਭਾਨ ਸ… bbox=[763, 1253, 1135, 1300]
notice-signature: ਬਲਵਿੰਦਰ ਸਿੰਘ ਐਡਵੋਕੇਟ, ਕਚਹਿਰੀ ਕੰਪਲੈਕਸ, ਬਠ… bbox=[1154, 1779, 1312, 1803]
list-item: ਮੈਂ ਗੁੰਜਨ ਅਰੋੜਾ ਪਤਨੀ ਸੰਨੀ ਕਾਲੜਾ ਵਾਸੀ ਮਕਾ… bbox=[763, 261, 945, 326]
list-item: ਮੈਂ ਸੰਜੀਵ ਚੌਧਰੀ ਪੁੱਤਰ ਰਾਮ ਚੰਦਰ ਵਾਸੀ ਫਲੈਟ… bbox=[763, 98, 945, 195]
notice-title: ਪਬਲਿਕ ਨੋਟਿਸ bbox=[1342, 72, 1499, 86]
list-item: ਅਸੀਂ ਮਨਜੀਤ ਸਿੰਘ ਪੁੱਤਰ ਕਰਤਾਰ ਸਿੰਘ ਵਾਸੀ ਮਕ… bbox=[381, 1095, 752, 1141]
public-notice-5b: Public Notice ਇਸ ਨੋਟਿਸ ਰਾਹੀਂ ਹਰੇਕ ਆਮ ਅਤੇ… bbox=[1146, 1348, 1321, 1608]
notice-body: ਬਾ ਅਦਾਲਤ ਸ੍ਰੀ ਗੁਰਦੇਵ ਸਿੰਘ ਧਮ ਪੀ.ਸੀ.ਐਸ. ਉ… bbox=[1342, 352, 1499, 441]
section-title-eviction: ਬੇਦਖ਼ਲੀ... bbox=[381, 65, 752, 95]
notice-from: ਵੱਲੋਂ ਸਰਪੰਚ ਗ੍ਰਾਮ ਪੰਚਾਇਤ ਸੰਘਾ bbox=[1342, 2094, 1499, 2113]
missing-section: ਗੁੰਮਸ਼ੁਦਗੀ ਮੈਂ ਦੇਸ਼ ਰਾਜ ਪੁੱਤਰ ਬ੍ਰਹਮ ਦੇਵ … bbox=[1146, 2167, 1508, 2357]
footer-text: ਇਸ਼ਤਿਹਾਰ ਅਤੇ ਕਲਾਸੀਫਾਈਡ ਕੇਵਲ ਅਦਾਰਾ ‘ਪਹਿਰੇ… bbox=[11, 2369, 747, 2402]
list-item: ਮੈਂ ਦਿਲਬਾਗ ਸਿੰਘ ਕੇਲੇ ਪੁੱਤਰ ਪਿਆਰਾ ਸਿੰਘ ਵਾ… bbox=[194, 918, 375, 980]
section-title-eviction-cancel: ਬੇਦਖਲੀ ਰੱਦ bbox=[763, 1445, 1135, 1475]
list-item: ਮੈਂ ਕਰਨਵੀਰ ਸਿੰਘ ਪੁੱਤਰ ਜਸਵਿੰਦਰ ਸਿੰਘ ਵਾਸੀ … bbox=[5, 855, 186, 902]
public-notice-7a: Public Notice ਬਾ ਅਦਾਲਤ ਸ੍ਰੀ ਗੁਰਦੇਵ ਸਿੰਘ … bbox=[1146, 682, 1321, 1005]
list-item: ਮੈਂ ਜੀਵਨ ਕੁਮਾਰ ਪੁੱਤਰ ਨਰੇਸ਼ ਕੁਮਾਰ ਜਿੰਦਲ ਵ… bbox=[5, 1043, 186, 1104]
list-item: ਮੈਂ ਮਹਿੰਦਰ ਸਿੰਘ ਪੁਤਰ ਨਛੱਤਰ ਸਿੰਘ ਵਾਸੀ ਗੁਰ… bbox=[381, 953, 752, 1015]
list-item: ਮੈਂ ਕਮਲਪ੍ਰੀਤ ਕੌਰ ਉਰਫ ਗੁਰਜੀਤ ਕੌਰ ਪੁੱਤਰੀ ਸ… bbox=[5, 1105, 186, 1197]
list-item: ਮੈਂ ਕਿਰਨਦੀਪ ਕੌਰ ਪੁੱਤਰੀ ਲੇਟ ਸ੍ਰ: ਦਰਸ਼ਨ ਸਿ… bbox=[763, 1877, 1135, 1924]
list-item: ਮੈਂ ਮਨਪ੍ਰੀਤ ਸਿੰਘ Kharoud ਪੁੱਤਰ ਗੁਰਚਰਨ ਸਿ… bbox=[5, 1619, 186, 1665]
notice-body: ਸ਼੍ਰੀ ਬਾਅਦਾਲਤ ਸ਼੍ਰੀ ਗੁਰਦੇਵ ਸਿੰਘ ਧਮ ਪੀ.ਸੀ… bbox=[1154, 352, 1312, 493]
list-item: ਮੈਂ (ਨਾਮ) ਅਵਨੀਤ (ਸਰਨੇਮ) ਕੌਰ ਪਤਨੀ ਗੋਬਿੰਦ … bbox=[194, 528, 375, 605]
notice-title: Public Notice bbox=[1154, 1355, 1312, 1368]
